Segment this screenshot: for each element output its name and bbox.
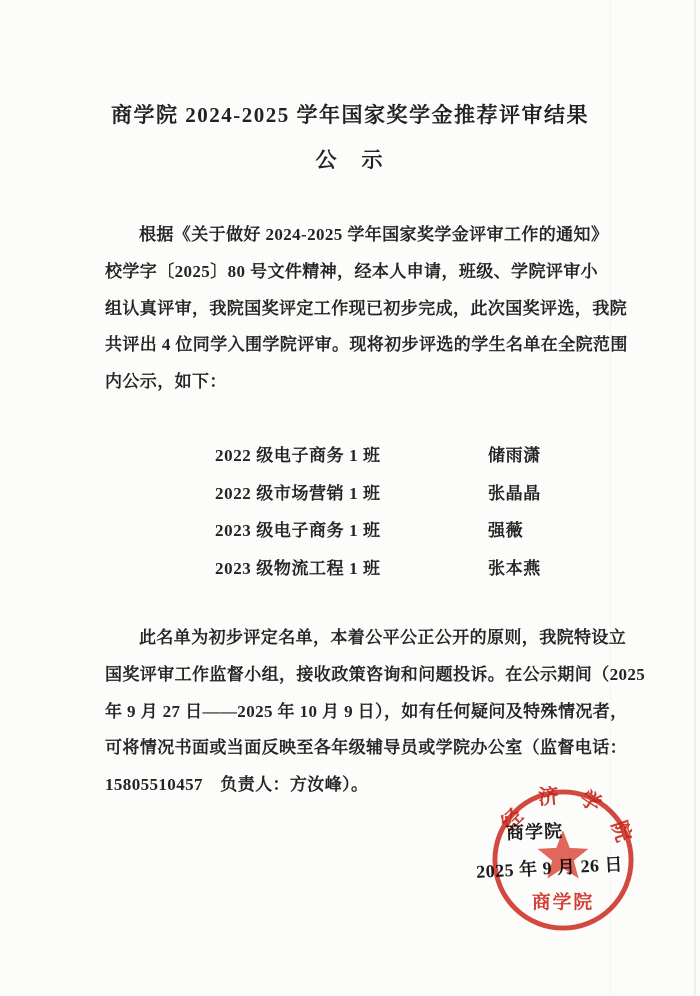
student-list: 2022 级电子商务 1 班 储雨潇 2022 级市场营销 1 班 张晶晶 20…: [215, 437, 635, 587]
paragraph-line: 组认真评审，我院国奖评定工作现已初步完成，此次国奖评选，我院: [105, 291, 630, 328]
student-row: 2023 级物流工程 1 班 张本燕: [215, 550, 635, 588]
paragraph-line: 年 9 月 27 日——2025 年 10 月 9 日），如有任何疑问及特殊情况…: [105, 694, 630, 731]
paragraph-line: 共评出 4 位同学入围学院评审。现将初步评选的学生名单在全院范围: [105, 327, 630, 364]
student-class: 2023 级物流工程 1 班: [215, 559, 381, 578]
student-class: 2022 级市场营销 1 班: [215, 484, 381, 503]
page-title: 商学院 2024-2025 学年国家奖学金推荐评审结果 公 示: [0, 101, 700, 174]
student-name: 张晶晶: [488, 475, 541, 513]
student-row: 2022 级市场营销 1 班 张晶晶: [215, 475, 635, 513]
paragraph-notice: 此名单为初步评定名单，本着公平公正公开的原则，我院特设立 国奖评审工作监督小组，…: [105, 620, 630, 804]
paragraph-line: 国奖评审工作监督小组，接收政策咨询和问题投诉。在公示期间（2025: [105, 657, 630, 694]
title-line-1: 商学院 2024-2025 学年国家奖学金推荐评审结果: [0, 101, 700, 129]
paragraph-intro: 根据《关于做好 2024-2025 学年国家奖学金评审工作的通知》 校学字〔20…: [105, 217, 630, 401]
student-name: 张本燕: [488, 550, 541, 588]
paragraph-line: 可将情况书面或当面反映至各年级辅导员或学院办公室（监督电话：: [105, 730, 630, 767]
title-line-2: 公 示: [0, 146, 700, 174]
paragraph-line: 内公示，如下：: [105, 364, 630, 401]
seal-bottom-text: 商学院: [532, 891, 594, 913]
student-class: 2023 级电子商务 1 班: [215, 521, 381, 540]
document-page: 商学院 2024-2025 学年国家奖学金推荐评审结果 公 示 根据《关于做好 …: [0, 0, 700, 996]
student-class: 2022 级电子商务 1 班: [215, 446, 381, 465]
signature-department: 商学院: [506, 817, 564, 845]
paragraph-line: 根据《关于做好 2024-2025 学年国家奖学金评审工作的通知》: [105, 217, 630, 254]
paragraph-line: 校学字〔2025〕80 号文件精神，经本人申请，班级、学院评审小: [105, 254, 630, 291]
student-name: 强薇: [488, 512, 523, 550]
student-row: 2022 级电子商务 1 班 储雨潇: [215, 437, 635, 475]
student-row: 2023 级电子商务 1 班 强薇: [215, 512, 635, 550]
student-name: 储雨潇: [488, 437, 541, 475]
paragraph-line: 此名单为初步评定名单，本着公平公正公开的原则，我院特设立: [105, 620, 630, 657]
